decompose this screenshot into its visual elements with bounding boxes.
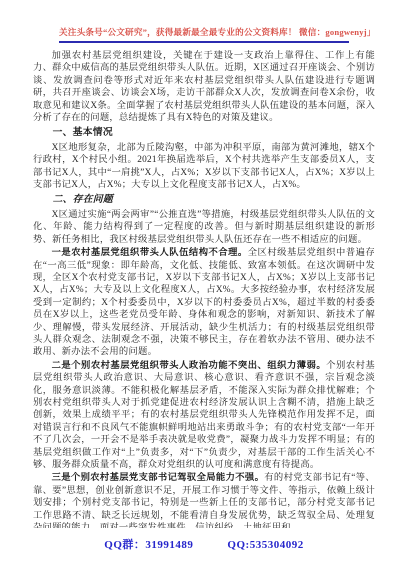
qq-group-number: QQ群：31991489 <box>104 536 193 552</box>
issue-paragraph-1: 一是农村基层党组织带头人队伍结构不合理。全区村级基层党组织中普遍存在“一高三低”… <box>33 246 375 359</box>
footer-contact: QQ群：31991489QQ:535304092 <box>0 536 408 552</box>
section-2-intro-paragraph: X区通过实施“两会两审”“公推直选”等措施，村级基层党组织带头人队伍的文化、年龄… <box>33 209 375 246</box>
section-1-paragraph: X区地形复杂，北部为丘陵沟壑，中部为冲积平原，南部为黄河滩地，辖X个行政村，X个… <box>33 142 375 192</box>
document-body: 加强农村基层党组织建设，关键在于建设一支政治上靠得住、工作上有能力、群众中威信高… <box>33 50 375 528</box>
issue-1-body: 全区村级基层党组织中普遍存在“一高三低”现象：即年龄高，文化低、技能低、致富本领… <box>33 248 375 357</box>
promo-text: 关注头条号“公文研究”，获得最新最全最专业的公文资料库！ 微信：gongweny… <box>59 27 376 37</box>
qq-number: QQ:535304092 <box>227 539 303 551</box>
issue-3-lead: 三是个别农村基层党支部书记驾驭全局能力不强。 <box>52 472 265 482</box>
intro-paragraph: 加强农村基层党组织建设，关键在于建设一支政治上靠得住、工作上有能力、群众中威信高… <box>33 50 375 124</box>
section-1-heading: 一、基本情况 <box>33 127 375 139</box>
document-page: 关注头条号“公文研究”，获得最新最全最专业的公文资料库！ 微信：gongweny… <box>0 0 408 580</box>
issue-paragraph-2: 二是个别农村基层党组织带头人政治功能不突出、组织力薄弱。个别农村基层党组织带头人… <box>33 359 375 472</box>
section-2-heading: 二、存在问题 <box>33 194 375 206</box>
promo-banner: 关注头条号“公文研究”，获得最新最全最专业的公文资料库！ 微信：gongweny… <box>59 27 349 43</box>
issue-2-body: 个别农村基层党组织带头人政治意识、大局意识、核心意识、看齐意识不强，宗旨观念淡化… <box>33 361 375 470</box>
issue-paragraph-3: 三是个别农村基层党支部书记驾驭全局能力不强。有的村党支部书记有“等、靠、要”思想… <box>33 471 375 528</box>
issue-1-lead: 一是农村基层党组织带头人队伍结构不合理。 <box>52 247 248 257</box>
issue-2-lead: 二是个别农村基层党组织带头人政治功能不突出、组织力薄弱。 <box>52 360 327 370</box>
